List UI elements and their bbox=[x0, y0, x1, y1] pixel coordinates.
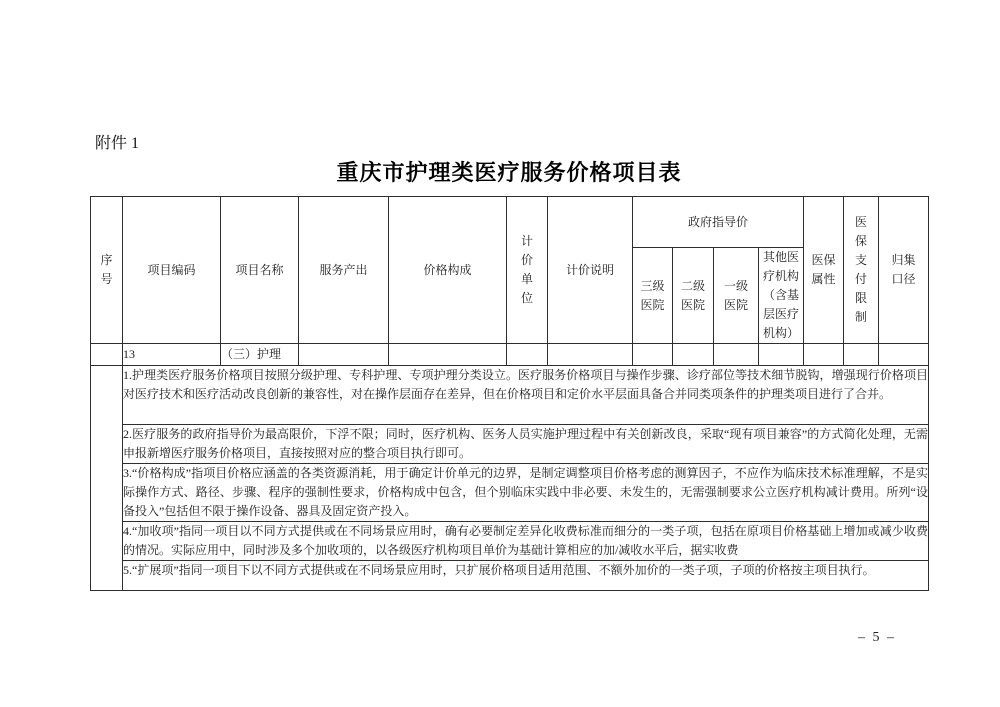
price-table-container: 序 号 项目编码 项目名称 服务产出 价格构成 计 价 单 位 计价说明 政府指… bbox=[90, 196, 929, 591]
col-header-pricing-unit: 计 价 单 位 bbox=[507, 197, 548, 344]
note-row-4: 4.“加收项”指同一项目以不同方式提供或在不同场景应用时，确有必要制定差异化收费… bbox=[91, 522, 929, 561]
note-text-2: 2.医疗服务的政府指导价为最高限价，下浮不限；同时，医疗机构、医务人员实施护理过… bbox=[123, 425, 929, 464]
col-header-price-composition: 价格构成 bbox=[389, 197, 507, 344]
page-title: 重庆市护理类医疗服务价格项目表 bbox=[90, 156, 928, 187]
col-header-item-code: 项目编码 bbox=[123, 197, 221, 344]
cell-item-code: 13 bbox=[123, 344, 221, 366]
col-header-insurance-attribute: 医保 属性 bbox=[804, 197, 844, 344]
table-row-category: 13 （三）护理 bbox=[91, 344, 929, 366]
cell-tier1-empty bbox=[714, 344, 759, 366]
page-number: – 5 – bbox=[858, 630, 896, 646]
cell-pricing-note-empty bbox=[548, 344, 633, 366]
col-header-tier1-hospital: 一级 医院 bbox=[714, 248, 759, 344]
col-header-gov-guide-price: 政府指导价 bbox=[633, 197, 804, 248]
col-header-aggregation-caliber: 归集 口径 bbox=[879, 197, 929, 344]
cell-pay-limit-empty bbox=[844, 344, 879, 366]
note-text-5: 5.“扩展项”指同一项目下以不同方式提供或在不同场景应用时，只扩展价格项目适用范… bbox=[123, 561, 929, 591]
notes-seq-empty-cell bbox=[91, 366, 123, 591]
cell-tier3-empty bbox=[633, 344, 673, 366]
col-header-insurance-pay-limit: 医 保 支 付 限 制 bbox=[844, 197, 879, 344]
cell-insurance-attr-empty bbox=[804, 344, 844, 366]
col-header-pricing-note: 计价说明 bbox=[548, 197, 633, 344]
cell-tier2-empty bbox=[673, 344, 714, 366]
col-header-item-name: 项目名称 bbox=[221, 197, 299, 344]
note-row-2: 2.医疗服务的政府指导价为最高限价，下浮不限；同时，医疗机构、医务人员实施护理过… bbox=[91, 425, 929, 464]
cell-price-composition-empty bbox=[389, 344, 507, 366]
cell-item-name: （三）护理 bbox=[221, 344, 299, 366]
note-row-3: 3.“价格构成”指项目价格应涵盖的各类资源消耗，用于确定计价单元的边界，是制定调… bbox=[91, 464, 929, 522]
price-table: 序 号 项目编码 项目名称 服务产出 价格构成 计 价 单 位 计价说明 政府指… bbox=[90, 196, 929, 591]
note-text-1: 1.护理类医疗服务价格项目按照分级护理、专科护理、专项护理分类设立。医疗服务价格… bbox=[123, 366, 929, 425]
cell-service-output-empty bbox=[299, 344, 389, 366]
document-page: 附件 1 重庆市护理类医疗服务价格项目表 序 号 项目编码 项目名称 服务产出 … bbox=[0, 0, 1000, 707]
attachment-label: 附件 1 bbox=[95, 130, 139, 153]
note-row-5: 5.“扩展项”指同一项目下以不同方式提供或在不同场景应用时，只扩展价格项目适用范… bbox=[91, 561, 929, 591]
col-header-service-output: 服务产出 bbox=[299, 197, 389, 344]
cell-aggregation-empty bbox=[879, 344, 929, 366]
col-header-seq: 序 号 bbox=[91, 197, 123, 344]
header-row-1: 序 号 项目编码 项目名称 服务产出 价格构成 计 价 单 位 计价说明 政府指… bbox=[91, 197, 929, 248]
cell-pricing-unit-empty bbox=[507, 344, 548, 366]
col-header-tier2-hospital: 二级 医院 bbox=[673, 248, 714, 344]
cell-other-empty bbox=[759, 344, 804, 366]
note-text-3: 3.“价格构成”指项目价格应涵盖的各类资源消耗，用于确定计价单元的边界，是制定调… bbox=[123, 464, 929, 522]
note-text-4: 4.“加收项”指同一项目以不同方式提供或在不同场景应用时，确有必要制定差异化收费… bbox=[123, 522, 929, 561]
note-row-1: 1.护理类医疗服务价格项目按照分级护理、专科护理、专项护理分类设立。医疗服务价格… bbox=[91, 366, 929, 425]
cell-seq-empty bbox=[91, 344, 123, 366]
col-header-other-institution: 其他医 疗机构 （含基 层医疗 机构） bbox=[759, 248, 804, 344]
col-header-tier3-hospital: 三级 医院 bbox=[633, 248, 673, 344]
